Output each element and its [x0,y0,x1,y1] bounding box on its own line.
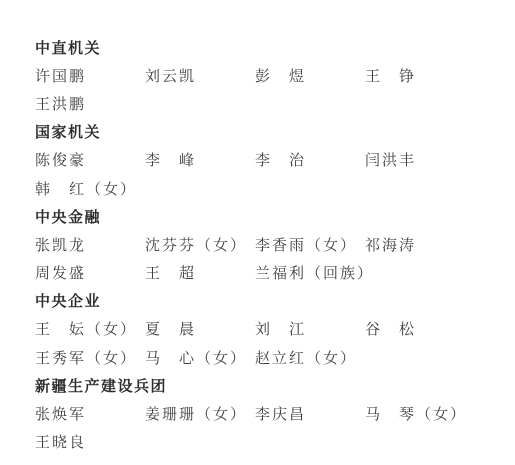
person-name: 夏 晨 [145,318,255,339]
section-header: 国家机关 [35,118,510,146]
name-list-document: 中直机关许国鹏刘云凯彭 煜王 铮王洪鹏国家机关陈俊豪李 峰李 治闫洪丰韩 红（女… [0,0,515,465]
name-row: 王秀军（女）马 心（女）赵立红（女） [35,343,510,371]
document-content: 中直机关许国鹏刘云凯彭 煜王 铮王洪鹏国家机关陈俊豪李 峰李 治闫洪丰韩 红（女… [35,33,510,456]
name-row: 许国鹏刘云凯彭 煜王 铮 [35,61,510,89]
name-row: 王 妘（女）夏 晨刘 江谷 松 [35,315,510,343]
person-name: 王 妘（女） [35,318,145,339]
person-name: 刘 江 [255,318,365,339]
person-name: 许国鹏 [35,65,145,86]
section: 中直机关许国鹏刘云凯彭 煜王 铮王洪鹏 [35,33,510,118]
person-name: 姜珊珊（女） [145,403,255,424]
person-name: 王 铮 [365,65,510,86]
section: 新疆生产建设兵团张焕军姜珊珊（女）李庆昌马 琴（女）王晓良 [35,371,510,456]
name-row: 张凯龙沈芬芬（女）李香雨（女）祁海涛 [35,230,510,258]
person-name: 闫洪丰 [365,149,510,170]
section: 国家机关陈俊豪李 峰李 治闫洪丰韩 红（女） [35,118,510,203]
person-name: 王秀军（女） [35,347,145,368]
person-name: 马 心（女） [145,347,255,368]
section: 中央企业王 妘（女）夏 晨刘 江谷 松王秀军（女）马 心（女）赵立红（女） [35,287,510,372]
section-header: 新疆生产建设兵团 [35,371,510,399]
person-name: 周发盛 [35,262,145,283]
person-name: 马 琴（女） [365,403,510,424]
person-name: 李庆昌 [255,403,365,424]
name-row: 张焕军姜珊珊（女）李庆昌马 琴（女） [35,399,510,427]
person-name: 李 峰 [145,149,255,170]
name-row: 韩 红（女） [35,174,510,202]
section: 中央金融张凯龙沈芬芬（女）李香雨（女）祁海涛周发盛王 超兰福利（回族） [35,202,510,287]
person-name: 王晓良 [35,431,145,452]
section-header: 中直机关 [35,33,510,61]
person-name: 祁海涛 [365,234,510,255]
name-row: 陈俊豪李 峰李 治闫洪丰 [35,146,510,174]
section-header: 中央企业 [35,287,510,315]
person-name: 张焕军 [35,403,145,424]
person-name: 彭 煜 [255,65,365,86]
name-row: 王晓良 [35,428,510,456]
name-row: 周发盛王 超兰福利（回族） [35,259,510,287]
person-name: 王洪鹏 [35,93,145,114]
person-name: 李香雨（女） [255,234,365,255]
name-row: 王洪鹏 [35,89,510,117]
person-name: 沈芬芬（女） [145,234,255,255]
person-name: 张凯龙 [35,234,145,255]
person-name: 赵立红（女） [255,347,365,368]
person-name: 李 治 [255,149,365,170]
person-name: 谷 松 [365,318,510,339]
person-name: 陈俊豪 [35,149,145,170]
section-header: 中央金融 [35,202,510,230]
person-name: 刘云凯 [145,65,255,86]
person-name: 王 超 [145,262,255,283]
person-name: 韩 红（女） [35,178,145,199]
person-name: 兰福利（回族） [255,262,365,283]
